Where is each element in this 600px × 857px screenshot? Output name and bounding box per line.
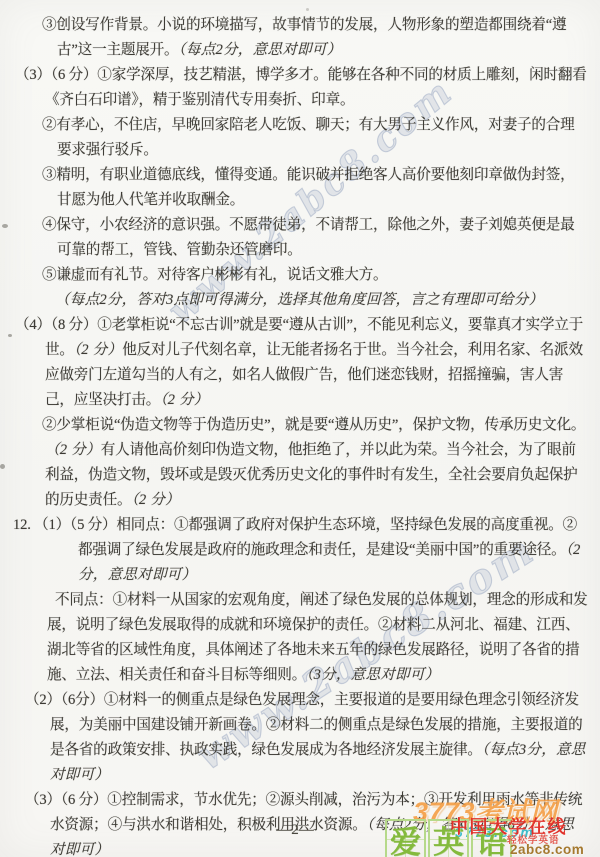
answer-paragraph-3: ②有孝心，不住店，早晚回家陪老人吃饭、聊天；有大男子主义作风，对妻子的合理要求强… xyxy=(0,113,588,163)
stamp-char: 爱 xyxy=(390,817,421,857)
scoring-note: （2 分） xyxy=(160,392,208,408)
answer-paragraph-9: ②少掌柜说“伪造文物等于伪造历史”，就是要“遵从历史”，保护文物，传承历史文化。… xyxy=(0,413,588,513)
scanned-answer-page: www.2abc8.com www.2abc8.com ③创设写作背景。小说的环… xyxy=(0,0,600,857)
answer-text: ②有孝心，不住店，早晚回家陪老人吃饭、聊天；有大男子主义作风，对妻子的合理要求强… xyxy=(42,117,575,158)
scoring-note: （3分，意思对即可） xyxy=(306,667,439,683)
answer-text: （3）（6 分）①家学深厚，技艺精湛，博学多才。能够在各种不同的材质上雕刻，闲时… xyxy=(15,67,587,108)
answer-paragraph-12: （2）（6分）①材料一的侧重点是绿色发展理念，主要报道的是要用绿色理念引领经济发… xyxy=(0,688,588,788)
scoring-note: （每点2分，答对3点即可得满分，选择其他角度回答，言之有理即可给分） xyxy=(55,292,543,308)
answer-paragraph-2: （3）（6 分）①家学深厚，技艺精湛，博学多才。能够在各种不同的材质上雕刻，闲时… xyxy=(0,63,588,113)
site-url-2abc8: 2abc8.com xyxy=(510,842,584,857)
scoring-note: （2 分） xyxy=(131,492,179,508)
scoring-note: （2 分） xyxy=(45,442,101,458)
answer-text: 他反对儿子代刻名章，让无能者扬名于世。当今社会，利用名家、名派效应做旁门左道勾当… xyxy=(45,342,583,408)
scan-speck xyxy=(8,334,12,337)
stamp-grid-box: 爱 xyxy=(385,819,426,857)
answer-paragraph-5: ④保守，小农经济的意识强。不愿带徒弟，不请帮工，除他之外，妻子刘媳英便是最可靠的… xyxy=(0,213,588,263)
scan-speck xyxy=(306,8,309,11)
answer-paragraph-7: （每点2分，答对3点即可得满分，选择其他角度回答，言之有理即可给分） xyxy=(0,288,588,313)
scan-speck xyxy=(0,464,5,469)
answer-text: ③精明，有职业道德底线，懂得变通。能识破并拒绝客人高价要他刻印章做伪封签，甘愿为… xyxy=(42,167,575,208)
answer-paragraph-6: ⑤谦虚而有礼节。对待客户彬彬有礼，说话文雅大方。 xyxy=(0,263,588,288)
answer-text: 12. （1）（5 分）相同点：①都强调了政府对保护生态环境，坚持绿色发展的高度… xyxy=(13,517,577,558)
answer-text: ②少掌柜说“伪造文物等于伪造历史”，就是要“遵从历史”，保护文物，传承历史文化。 xyxy=(42,417,585,433)
answer-paragraph-4: ③精明，有职业道德底线，懂得变通。能识破并拒绝客人高价要他刻印章做伪封签，甘愿为… xyxy=(0,163,588,213)
scoring-note: （2 分） xyxy=(74,342,122,358)
answer-paragraph-1: ③创设写作背景。小说的环境描写，故事情节的发展，人物形象的塑造都围绕着“遵古”这… xyxy=(0,13,588,63)
answer-text: 有人请他高价刻印伪造文物，他拒绝了，并以此为荣。当今社会，为了眼前利益，伪造文物… xyxy=(45,442,578,508)
answer-paragraph-8: （4）（8 分）①老掌柜说“不忘古训”就是要“遵从古训”，不能见利忘义，要靠真才… xyxy=(0,313,588,413)
scan-speck xyxy=(2,224,8,228)
answer-paragraph-11: 不同点：①材料一从国家的宏观角度，阐述了绿色发展的总体规划，理念的形成和发展，说… xyxy=(0,588,588,688)
answer-paragraph-10: 12. （1）（5 分）相同点：①都强调了政府对保护生态环境，坚持绿色发展的高度… xyxy=(0,513,588,588)
answer-text-block: ③创设写作背景。小说的环境描写，故事情节的发展，人物形象的塑造都围绕着“遵古”这… xyxy=(0,0,600,857)
answer-text: ④保守，小农经济的意识强。不愿带徒弟，不请帮工，除他之外，妻子刘媳英便是最可靠的… xyxy=(42,217,575,258)
scoring-note: （每点2分，意思对即可） xyxy=(178,42,341,58)
page-number: —2— xyxy=(250,822,340,839)
answer-text: ⑤谦虚而有礼节。对待客户彬彬有礼，说话文雅大方。 xyxy=(42,267,387,283)
